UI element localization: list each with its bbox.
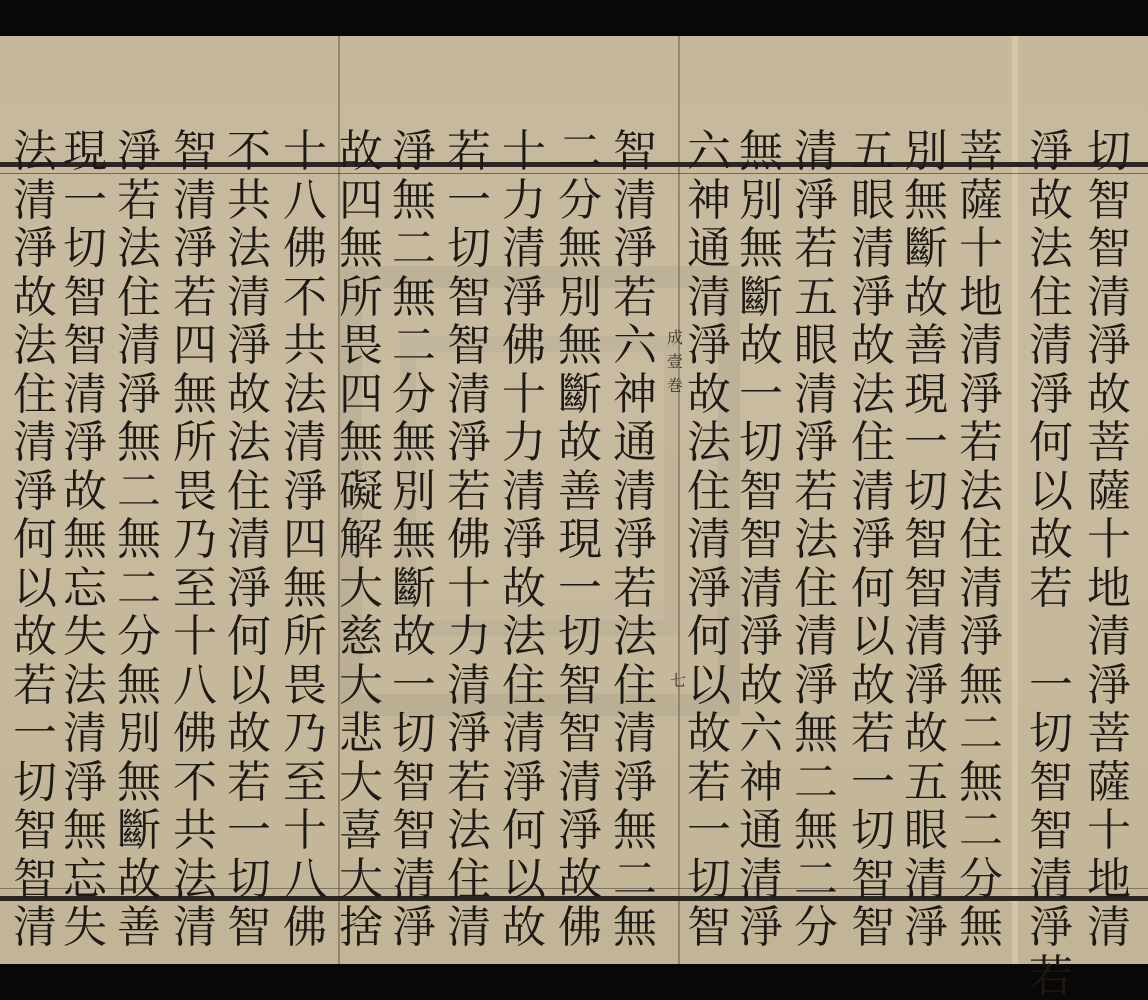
character: 淨 bbox=[794, 177, 838, 226]
character: 淨 bbox=[1029, 904, 1073, 953]
character: 智 bbox=[904, 516, 948, 565]
character: 清 bbox=[794, 371, 838, 420]
character: 若 bbox=[13, 662, 57, 711]
character: 一 bbox=[392, 662, 436, 711]
character: 若 bbox=[613, 274, 657, 323]
character: 故 bbox=[1029, 516, 1073, 565]
character: 無 bbox=[392, 177, 436, 226]
character: 法 bbox=[227, 419, 271, 468]
character: 無 bbox=[959, 759, 1003, 808]
character: 故 bbox=[558, 419, 602, 468]
character: 力 bbox=[502, 177, 546, 226]
character: 十 bbox=[502, 128, 546, 177]
character: 切 bbox=[392, 710, 436, 759]
character: 住 bbox=[502, 662, 546, 711]
character: 二 bbox=[613, 856, 657, 905]
character: 智 bbox=[1087, 177, 1131, 226]
character: 若 bbox=[613, 565, 657, 614]
character: 分 bbox=[959, 856, 1003, 905]
character: 清 bbox=[63, 371, 107, 420]
character: 別 bbox=[739, 177, 783, 226]
character: 至 bbox=[173, 565, 217, 614]
character: 智 bbox=[1029, 759, 1073, 808]
character: 清 bbox=[447, 904, 491, 953]
character: 不 bbox=[283, 274, 327, 323]
character: 別 bbox=[392, 468, 436, 517]
character: 一 bbox=[227, 807, 271, 856]
character: 無 bbox=[613, 807, 657, 856]
character: 淨 bbox=[613, 516, 657, 565]
character: 智 bbox=[392, 807, 436, 856]
character: 切 bbox=[1087, 128, 1131, 177]
character: 淨 bbox=[227, 322, 271, 371]
character: 清 bbox=[13, 904, 57, 953]
character: 神 bbox=[739, 759, 783, 808]
character: 清 bbox=[1087, 904, 1131, 953]
text-column: 五眼清淨故法住清淨何以故若一切智智 bbox=[844, 128, 902, 953]
character: 故 bbox=[904, 274, 948, 323]
character: 所 bbox=[283, 613, 327, 662]
character: 二 bbox=[392, 322, 436, 371]
character: 五 bbox=[851, 128, 895, 177]
character: 無 bbox=[392, 419, 436, 468]
character: 以 bbox=[687, 662, 731, 711]
character: 十 bbox=[447, 565, 491, 614]
character: 故 bbox=[13, 274, 57, 323]
character: 分 bbox=[392, 371, 436, 420]
character: 一 bbox=[558, 565, 602, 614]
character: 以 bbox=[851, 613, 895, 662]
character: 十 bbox=[1087, 516, 1131, 565]
character: 淨 bbox=[739, 904, 783, 953]
character: 斷 bbox=[117, 807, 161, 856]
character: 善 bbox=[904, 322, 948, 371]
character: 佛 bbox=[283, 904, 327, 953]
character: 法 bbox=[13, 128, 57, 177]
character: 若 bbox=[1029, 953, 1073, 1000]
text-column: 切智智清淨故菩薩十地清淨菩薩十地清 bbox=[1080, 128, 1138, 953]
character: 淨 bbox=[851, 274, 895, 323]
character: 清 bbox=[502, 225, 546, 274]
character: 斷 bbox=[904, 225, 948, 274]
character: 清 bbox=[1087, 613, 1131, 662]
page-number: 七 bbox=[670, 668, 686, 691]
character: 無 bbox=[117, 516, 161, 565]
character: 一 bbox=[1029, 662, 1073, 711]
character: 八 bbox=[283, 856, 327, 905]
character: 清 bbox=[794, 128, 838, 177]
character: 故 bbox=[851, 662, 895, 711]
character: 十 bbox=[173, 613, 217, 662]
character: 菩 bbox=[959, 128, 1003, 177]
character: 清 bbox=[447, 662, 491, 711]
character: 五 bbox=[904, 759, 948, 808]
character: 無 bbox=[392, 274, 436, 323]
character: 力 bbox=[447, 613, 491, 662]
character: 淨 bbox=[794, 419, 838, 468]
character: 法 bbox=[794, 516, 838, 565]
character: 清 bbox=[173, 177, 217, 226]
character: 智 bbox=[392, 759, 436, 808]
character: 佛 bbox=[558, 904, 602, 953]
character: 故 bbox=[558, 856, 602, 905]
character: 慈 bbox=[339, 613, 383, 662]
character: 法 bbox=[13, 322, 57, 371]
character: 智 bbox=[13, 856, 57, 905]
character: 清 bbox=[502, 710, 546, 759]
character: 分 bbox=[794, 904, 838, 953]
character: 力 bbox=[502, 419, 546, 468]
character: 法 bbox=[447, 807, 491, 856]
character bbox=[1029, 613, 1073, 662]
character: 清 bbox=[173, 904, 217, 953]
character: 法 bbox=[959, 468, 1003, 517]
character: 清 bbox=[117, 322, 161, 371]
character: 六 bbox=[739, 710, 783, 759]
character: 無 bbox=[117, 759, 161, 808]
character: 四 bbox=[339, 371, 383, 420]
character: 切 bbox=[739, 419, 783, 468]
character: 四 bbox=[173, 322, 217, 371]
character: 不 bbox=[173, 759, 217, 808]
character: 智 bbox=[687, 904, 731, 953]
character: 清 bbox=[794, 613, 838, 662]
character: 何 bbox=[1029, 419, 1073, 468]
text-column: 若一切智智清淨若佛十力清淨若法住清 bbox=[440, 128, 498, 953]
character: 菩 bbox=[1087, 710, 1131, 759]
character: 分 bbox=[117, 613, 161, 662]
character: 故 bbox=[851, 322, 895, 371]
character: 二 bbox=[558, 128, 602, 177]
character: 佛 bbox=[283, 225, 327, 274]
character: 淨 bbox=[613, 759, 657, 808]
character: 無 bbox=[959, 904, 1003, 953]
character: 薩 bbox=[1087, 759, 1131, 808]
character: 清 bbox=[13, 177, 57, 226]
character: 若 bbox=[851, 710, 895, 759]
character: 無 bbox=[613, 904, 657, 953]
character: 住 bbox=[1029, 274, 1073, 323]
character: 何 bbox=[227, 613, 271, 662]
character: 清 bbox=[739, 856, 783, 905]
character: 以 bbox=[13, 565, 57, 614]
character: 故 bbox=[339, 128, 383, 177]
character: 大 bbox=[339, 759, 383, 808]
character: 一 bbox=[739, 371, 783, 420]
character: 若 bbox=[1029, 565, 1073, 614]
text-column: 智清淨若四無所畏乃至十八佛不共法清 bbox=[166, 128, 224, 953]
character: 通 bbox=[613, 419, 657, 468]
character: 法 bbox=[613, 613, 657, 662]
character: 淨 bbox=[851, 516, 895, 565]
character: 清 bbox=[904, 856, 948, 905]
character: 淨 bbox=[173, 225, 217, 274]
character: 一 bbox=[13, 710, 57, 759]
character: 失 bbox=[63, 904, 107, 953]
character: 清 bbox=[227, 516, 271, 565]
character: 故 bbox=[502, 904, 546, 953]
character: 共 bbox=[283, 322, 327, 371]
character: 切 bbox=[63, 225, 107, 274]
character: 清 bbox=[447, 371, 491, 420]
text-column: 現一切智智清淨故無忘失法清淨無忘失 bbox=[56, 128, 114, 953]
character: 何 bbox=[851, 565, 895, 614]
character: 何 bbox=[13, 516, 57, 565]
character: 切 bbox=[227, 856, 271, 905]
character: 佛 bbox=[447, 516, 491, 565]
text-column: 淨若法住清淨無二無二分無別無斷故善 bbox=[110, 128, 168, 953]
character: 故 bbox=[1029, 177, 1073, 226]
character: 無 bbox=[283, 565, 327, 614]
character: 薩 bbox=[1087, 468, 1131, 517]
character: 以 bbox=[227, 662, 271, 711]
character: 無 bbox=[558, 225, 602, 274]
character: 何 bbox=[687, 613, 731, 662]
character: 淨 bbox=[1029, 128, 1073, 177]
character: 神 bbox=[613, 371, 657, 420]
character: 清 bbox=[687, 274, 731, 323]
text-column: 菩薩十地清淨若法住清淨無二無二分無 bbox=[952, 128, 1010, 953]
character: 淨 bbox=[794, 662, 838, 711]
character: 清 bbox=[851, 225, 895, 274]
character: 五 bbox=[794, 274, 838, 323]
character: 現 bbox=[63, 128, 107, 177]
character: 清 bbox=[613, 710, 657, 759]
character: 故 bbox=[1087, 371, 1131, 420]
character: 淨 bbox=[558, 807, 602, 856]
character: 忘 bbox=[63, 565, 107, 614]
character: 何 bbox=[502, 807, 546, 856]
character: 故 bbox=[502, 565, 546, 614]
character: 切 bbox=[558, 613, 602, 662]
margin-label-char: 成 bbox=[667, 326, 683, 350]
character: 清 bbox=[959, 565, 1003, 614]
character: 住 bbox=[13, 371, 57, 420]
character: 法 bbox=[283, 371, 327, 420]
character: 所 bbox=[339, 274, 383, 323]
character: 一 bbox=[63, 177, 107, 226]
character: 善 bbox=[558, 468, 602, 517]
character: 若 bbox=[794, 225, 838, 274]
character: 住 bbox=[687, 468, 731, 517]
character: 斷 bbox=[392, 565, 436, 614]
character: 通 bbox=[739, 807, 783, 856]
character: 無 bbox=[117, 419, 161, 468]
character: 地 bbox=[1087, 565, 1131, 614]
character: 淨 bbox=[687, 322, 731, 371]
character: 故 bbox=[227, 371, 271, 420]
paper-seam bbox=[1012, 36, 1018, 964]
character: 若 bbox=[959, 419, 1003, 468]
character: 清 bbox=[739, 565, 783, 614]
character: 地 bbox=[1087, 856, 1131, 905]
character: 若 bbox=[227, 759, 271, 808]
character: 畏 bbox=[173, 468, 217, 517]
character: 大 bbox=[339, 565, 383, 614]
character: 清 bbox=[502, 468, 546, 517]
character: 智 bbox=[558, 662, 602, 711]
character: 一 bbox=[687, 807, 731, 856]
text-column: 無別無斷故一切智智清淨故六神通清淨 bbox=[732, 128, 790, 953]
character: 清 bbox=[283, 419, 327, 468]
character: 現 bbox=[558, 516, 602, 565]
character: 智 bbox=[851, 904, 895, 953]
character: 故 bbox=[687, 371, 731, 420]
character: 十 bbox=[283, 128, 327, 177]
text-column: 智清淨若六神通清淨若法住清淨無二無 bbox=[606, 128, 664, 953]
character: 無 bbox=[959, 662, 1003, 711]
character: 十 bbox=[283, 807, 327, 856]
character: 佛 bbox=[502, 322, 546, 371]
character: 無 bbox=[392, 516, 436, 565]
character: 淨 bbox=[904, 904, 948, 953]
character: 淨 bbox=[1087, 322, 1131, 371]
character: 解 bbox=[339, 516, 383, 565]
character: 智 bbox=[1029, 807, 1073, 856]
character: 智 bbox=[851, 856, 895, 905]
character: 法 bbox=[173, 856, 217, 905]
character: 二 bbox=[794, 759, 838, 808]
character: 淨 bbox=[283, 468, 327, 517]
character: 畏 bbox=[283, 662, 327, 711]
character: 若 bbox=[173, 274, 217, 323]
text-column: 六神通清淨故法住清淨何以故若一切智 bbox=[680, 128, 738, 953]
character: 淨 bbox=[63, 759, 107, 808]
character: 故 bbox=[739, 662, 783, 711]
character: 智 bbox=[63, 322, 107, 371]
character: 悲 bbox=[339, 710, 383, 759]
character: 淨 bbox=[959, 371, 1003, 420]
margin-label-char: 巻 bbox=[667, 374, 683, 398]
character: 四 bbox=[339, 177, 383, 226]
text-column: 二分無別無斷故善現一切智智清淨故佛 bbox=[551, 128, 609, 953]
character: 法 bbox=[687, 419, 731, 468]
character: 二 bbox=[959, 710, 1003, 759]
margin-label: 成 壹 巻 bbox=[667, 326, 683, 398]
character: 淨 bbox=[502, 759, 546, 808]
text-column: 淨故法住清淨何以故若 一切智智清淨若 bbox=[1022, 128, 1080, 1000]
character: 眼 bbox=[794, 322, 838, 371]
character: 智 bbox=[904, 565, 948, 614]
character: 無 bbox=[339, 419, 383, 468]
character: 清 bbox=[1087, 274, 1131, 323]
character: 淨 bbox=[13, 225, 57, 274]
character: 清 bbox=[558, 759, 602, 808]
character: 乃 bbox=[173, 516, 217, 565]
character: 切 bbox=[904, 468, 948, 517]
character: 切 bbox=[687, 856, 731, 905]
character: 智 bbox=[613, 128, 657, 177]
character: 淨 bbox=[904, 662, 948, 711]
character: 故 bbox=[687, 710, 731, 759]
character: 住 bbox=[851, 419, 895, 468]
character: 八 bbox=[283, 177, 327, 226]
character: 故 bbox=[63, 468, 107, 517]
character: 若 bbox=[447, 128, 491, 177]
character: 薩 bbox=[959, 177, 1003, 226]
character: 失 bbox=[63, 613, 107, 662]
character: 淨 bbox=[687, 565, 731, 614]
character: 智 bbox=[739, 516, 783, 565]
character: 住 bbox=[959, 516, 1003, 565]
character: 二 bbox=[117, 565, 161, 614]
character: 無 bbox=[739, 128, 783, 177]
text-column: 十八佛不共法清淨四無所畏乃至十八佛 bbox=[276, 128, 334, 953]
character: 六 bbox=[687, 128, 731, 177]
character: 別 bbox=[117, 710, 161, 759]
text-column: 十力清淨佛十力清淨故法住清淨何以故 bbox=[495, 128, 553, 953]
character: 無 bbox=[173, 371, 217, 420]
character: 智 bbox=[13, 807, 57, 856]
character: 若 bbox=[447, 468, 491, 517]
character: 故 bbox=[739, 322, 783, 371]
character: 淨 bbox=[613, 225, 657, 274]
character: 斷 bbox=[558, 371, 602, 420]
character: 乃 bbox=[283, 710, 327, 759]
character: 淨 bbox=[392, 128, 436, 177]
character: 清 bbox=[13, 419, 57, 468]
character: 一 bbox=[904, 419, 948, 468]
character: 清 bbox=[63, 710, 107, 759]
character: 所 bbox=[173, 419, 217, 468]
character: 住 bbox=[227, 468, 271, 517]
margin-label-char: 壹 bbox=[667, 350, 683, 374]
character: 忘 bbox=[63, 856, 107, 905]
character: 故 bbox=[13, 613, 57, 662]
character: 二 bbox=[794, 856, 838, 905]
character: 淨 bbox=[227, 565, 271, 614]
character: 無 bbox=[794, 710, 838, 759]
character: 故 bbox=[117, 856, 161, 905]
character: 大 bbox=[339, 856, 383, 905]
character: 一 bbox=[851, 759, 895, 808]
character: 若 bbox=[687, 759, 731, 808]
character: 無 bbox=[117, 662, 161, 711]
character: 法 bbox=[502, 613, 546, 662]
character: 地 bbox=[959, 274, 1003, 323]
character: 善 bbox=[117, 904, 161, 953]
character: 故 bbox=[904, 710, 948, 759]
character: 住 bbox=[794, 565, 838, 614]
character: 眼 bbox=[851, 177, 895, 226]
character: 智 bbox=[447, 274, 491, 323]
character: 淨 bbox=[447, 710, 491, 759]
character: 切 bbox=[13, 759, 57, 808]
character: 法 bbox=[1029, 225, 1073, 274]
character: 故 bbox=[227, 710, 271, 759]
character: 淨 bbox=[447, 419, 491, 468]
character: 以 bbox=[1029, 468, 1073, 517]
character: 若 bbox=[794, 468, 838, 517]
character: 十 bbox=[959, 225, 1003, 274]
character: 智 bbox=[227, 904, 271, 953]
character: 六 bbox=[613, 322, 657, 371]
character: 一 bbox=[447, 177, 491, 226]
character: 淨 bbox=[739, 613, 783, 662]
character: 無 bbox=[339, 225, 383, 274]
character: 二 bbox=[117, 468, 161, 517]
character: 淨 bbox=[502, 274, 546, 323]
character: 住 bbox=[117, 274, 161, 323]
character: 神 bbox=[687, 177, 731, 226]
text-column: 別無斷故善現一切智智清淨故五眼清淨 bbox=[897, 128, 955, 953]
character: 法 bbox=[227, 225, 271, 274]
character: 法 bbox=[851, 371, 895, 420]
character: 十 bbox=[1087, 807, 1131, 856]
character: 分 bbox=[558, 177, 602, 226]
character: 智 bbox=[63, 274, 107, 323]
character: 菩 bbox=[1087, 419, 1131, 468]
